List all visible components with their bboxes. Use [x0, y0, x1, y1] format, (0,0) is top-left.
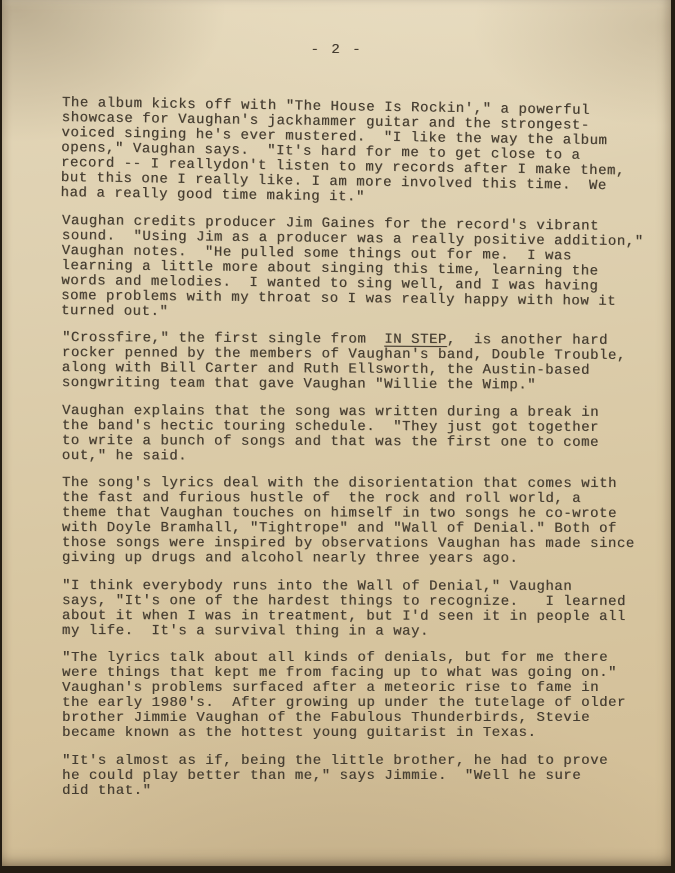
paragraph-crossfire-rest: rocker penned by the members of Vaughan'… [62, 346, 662, 394]
paragraph-denials-and-fame: "The lyrics talk about all kinds of deni… [62, 651, 662, 741]
page-number: - 2 - [2, 42, 671, 58]
paragraph-crossfire: "Crossfire," the first single from IN ST… [62, 331, 662, 394]
paragraph-jim-gaines: Vaughan credits producer Jim Gaines for … [61, 214, 662, 325]
press-release-body: The album kicks off with "The House Is R… [62, 96, 662, 811]
paragraph-song-written: Vaughan explains that the song was writt… [62, 404, 662, 466]
paragraph-jimmie-quote: "It's almost as if, being the little bro… [62, 754, 662, 799]
scanned-press-release-photo: - 2 - The album kicks off with "The Hous… [0, 0, 675, 873]
paragraph-lyrics-theme-text: The song's lyrics deal with the disorien… [62, 476, 662, 567]
typewritten-page: - 2 - The album kicks off with "The Hous… [2, 0, 671, 866]
paragraph-house-is-rockin: The album kicks off with "The House Is R… [60, 96, 661, 210]
paragraph-jim-gaines-text: Vaughan credits producer Jim Gaines for … [61, 214, 662, 325]
paragraph-wall-of-denial-text: "I think everybody runs into the Wall of… [62, 579, 662, 640]
paragraph-lyrics-theme: The song's lyrics deal with the disorien… [62, 476, 662, 567]
paragraph-denials-and-fame-text: "The lyrics talk about all kinds of deni… [62, 651, 662, 741]
paragraph-song-written-text: Vaughan explains that the song was writt… [62, 404, 662, 466]
paragraph-house-is-rockin-text: The album kicks off with "The House Is R… [60, 96, 661, 210]
paragraph-jimmie-quote-text: "It's almost as if, being the little bro… [62, 754, 662, 799]
paragraph-wall-of-denial: "I think everybody runs into the Wall of… [62, 579, 662, 640]
album-title-in-step: IN STEP [384, 332, 447, 348]
